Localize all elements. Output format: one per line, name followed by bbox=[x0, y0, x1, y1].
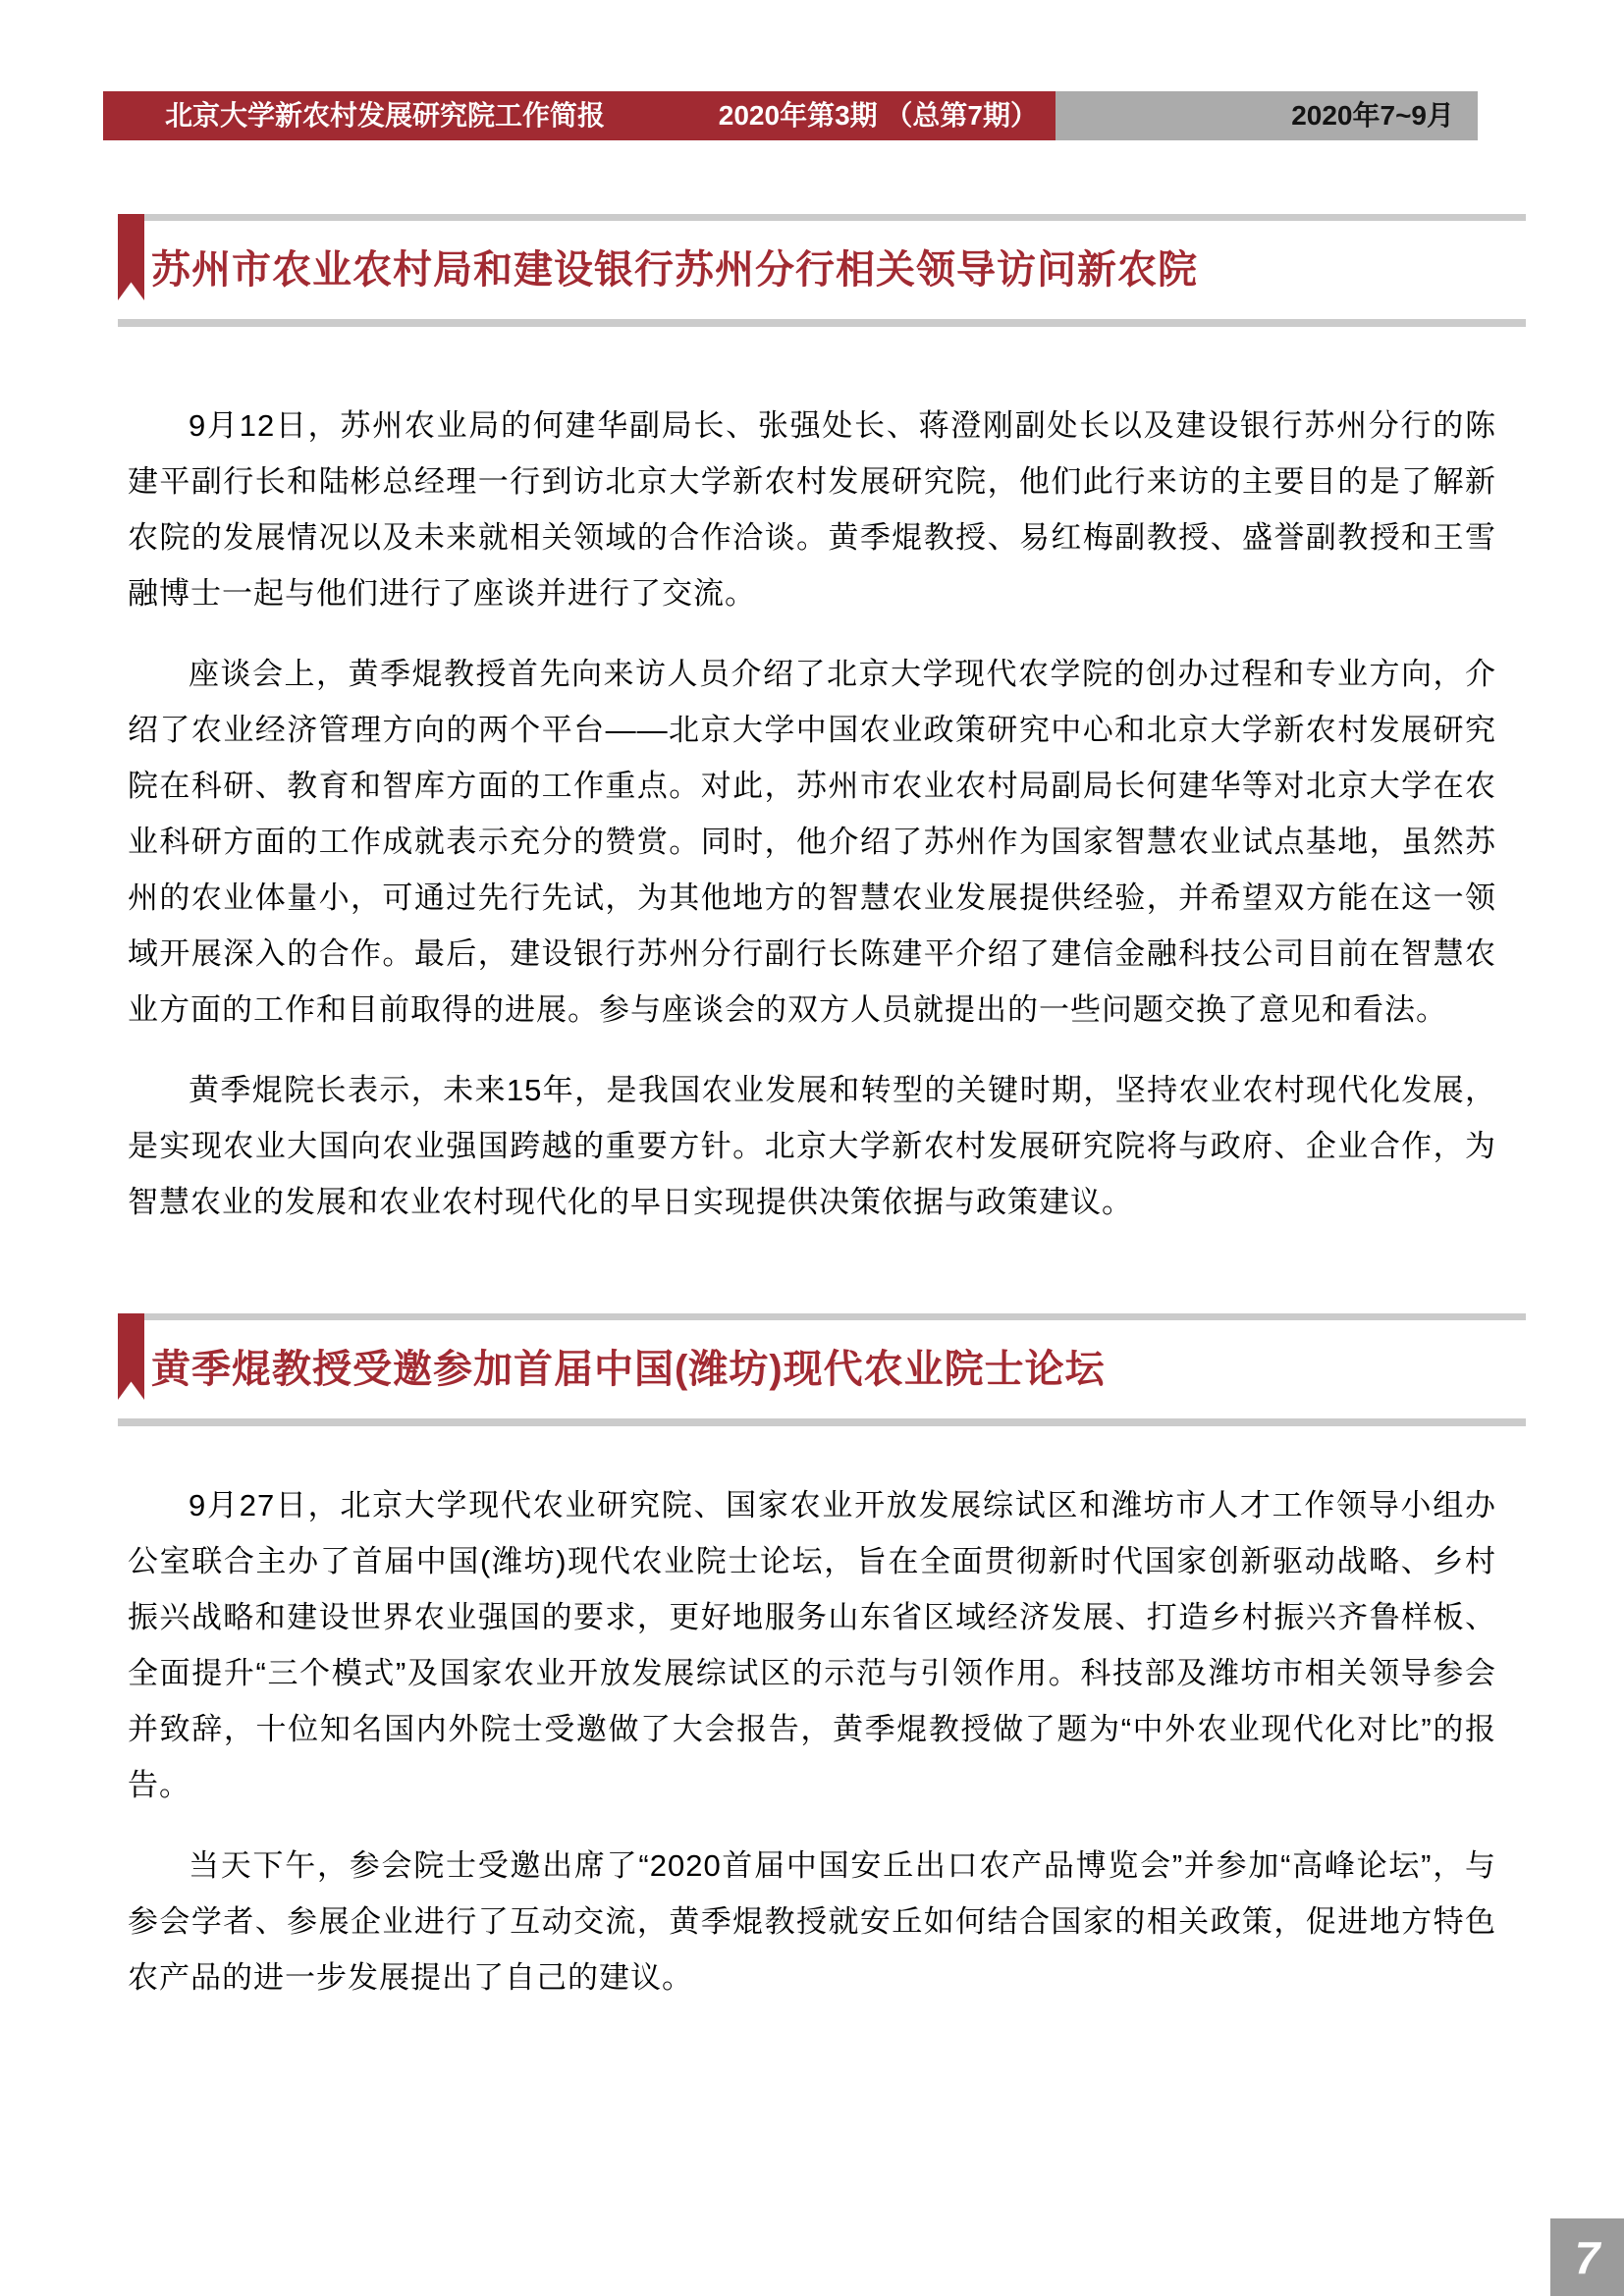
paragraph: 座谈会上，黄季焜教授首先向来访人员介绍了北京大学现代农学院的创办过程和专业方向，… bbox=[128, 646, 1496, 1038]
section-2-header: 黄季焜教授受邀参加首届中国(潍坊)现代农业院士论坛 bbox=[118, 1313, 1526, 1426]
paragraph: 当天下午，参会院士受邀出席了“2020首届中国安丘出口农产品博览会”并参加“高峰… bbox=[128, 1838, 1496, 2005]
paragraph: 9月27日，北京大学现代农业研究院、国家农业开放发展综试区和潍坊市人才工作领导小… bbox=[128, 1477, 1496, 1813]
section-1-title: 苏州市农业农村局和建设银行苏州分行相关领导访问新农院 bbox=[151, 221, 1526, 294]
header-gray-band: 2020年7~9月 bbox=[1056, 91, 1478, 140]
divider-line bbox=[118, 214, 1526, 221]
period-label: 2020年7~9月 bbox=[1291, 91, 1454, 140]
issue-number: 2020年第3期 （总第7期） bbox=[719, 91, 1038, 140]
divider-line bbox=[118, 1418, 1526, 1426]
section-marker-ribbon-icon bbox=[118, 1313, 144, 1400]
section-marker-ribbon-icon bbox=[118, 214, 144, 300]
page-number-badge: 7 bbox=[1550, 2218, 1624, 2296]
page-content: 苏州市农业农村局和建设银行苏州分行相关领导访问新农院 9月12日，苏州农业局的何… bbox=[0, 214, 1624, 2005]
paragraph: 9月12日，苏州农业局的何建华副局长、张强处长、蒋澄刚副处长以及建设银行苏州分行… bbox=[128, 398, 1496, 621]
divider-line bbox=[118, 1313, 1526, 1320]
header-bar: 北京大学新农村发展研究院工作简报 2020年第3期 （总第7期） 2020年7~… bbox=[103, 91, 1478, 140]
section-1-body: 9月12日，苏州农业局的何建华副局长、张强处长、蒋澄刚副处长以及建设银行苏州分行… bbox=[128, 398, 1496, 1230]
newsletter-title: 北京大学新农村发展研究院工作简报 bbox=[165, 91, 605, 140]
section-2-body: 9月27日，北京大学现代农业研究院、国家农业开放发展综试区和潍坊市人才工作领导小… bbox=[128, 1477, 1496, 2005]
divider-line bbox=[118, 319, 1526, 327]
paragraph: 黄季焜院长表示，未来15年，是我国农业发展和转型的关键时期，坚持农业农村现代化发… bbox=[128, 1062, 1496, 1230]
section-1-header: 苏州市农业农村局和建设银行苏州分行相关领导访问新农院 bbox=[118, 214, 1526, 327]
header-red-band: 北京大学新农村发展研究院工作简报 2020年第3期 （总第7期） bbox=[103, 91, 1056, 140]
section-2-title: 黄季焜教授受邀参加首届中国(潍坊)现代农业院士论坛 bbox=[151, 1320, 1526, 1393]
